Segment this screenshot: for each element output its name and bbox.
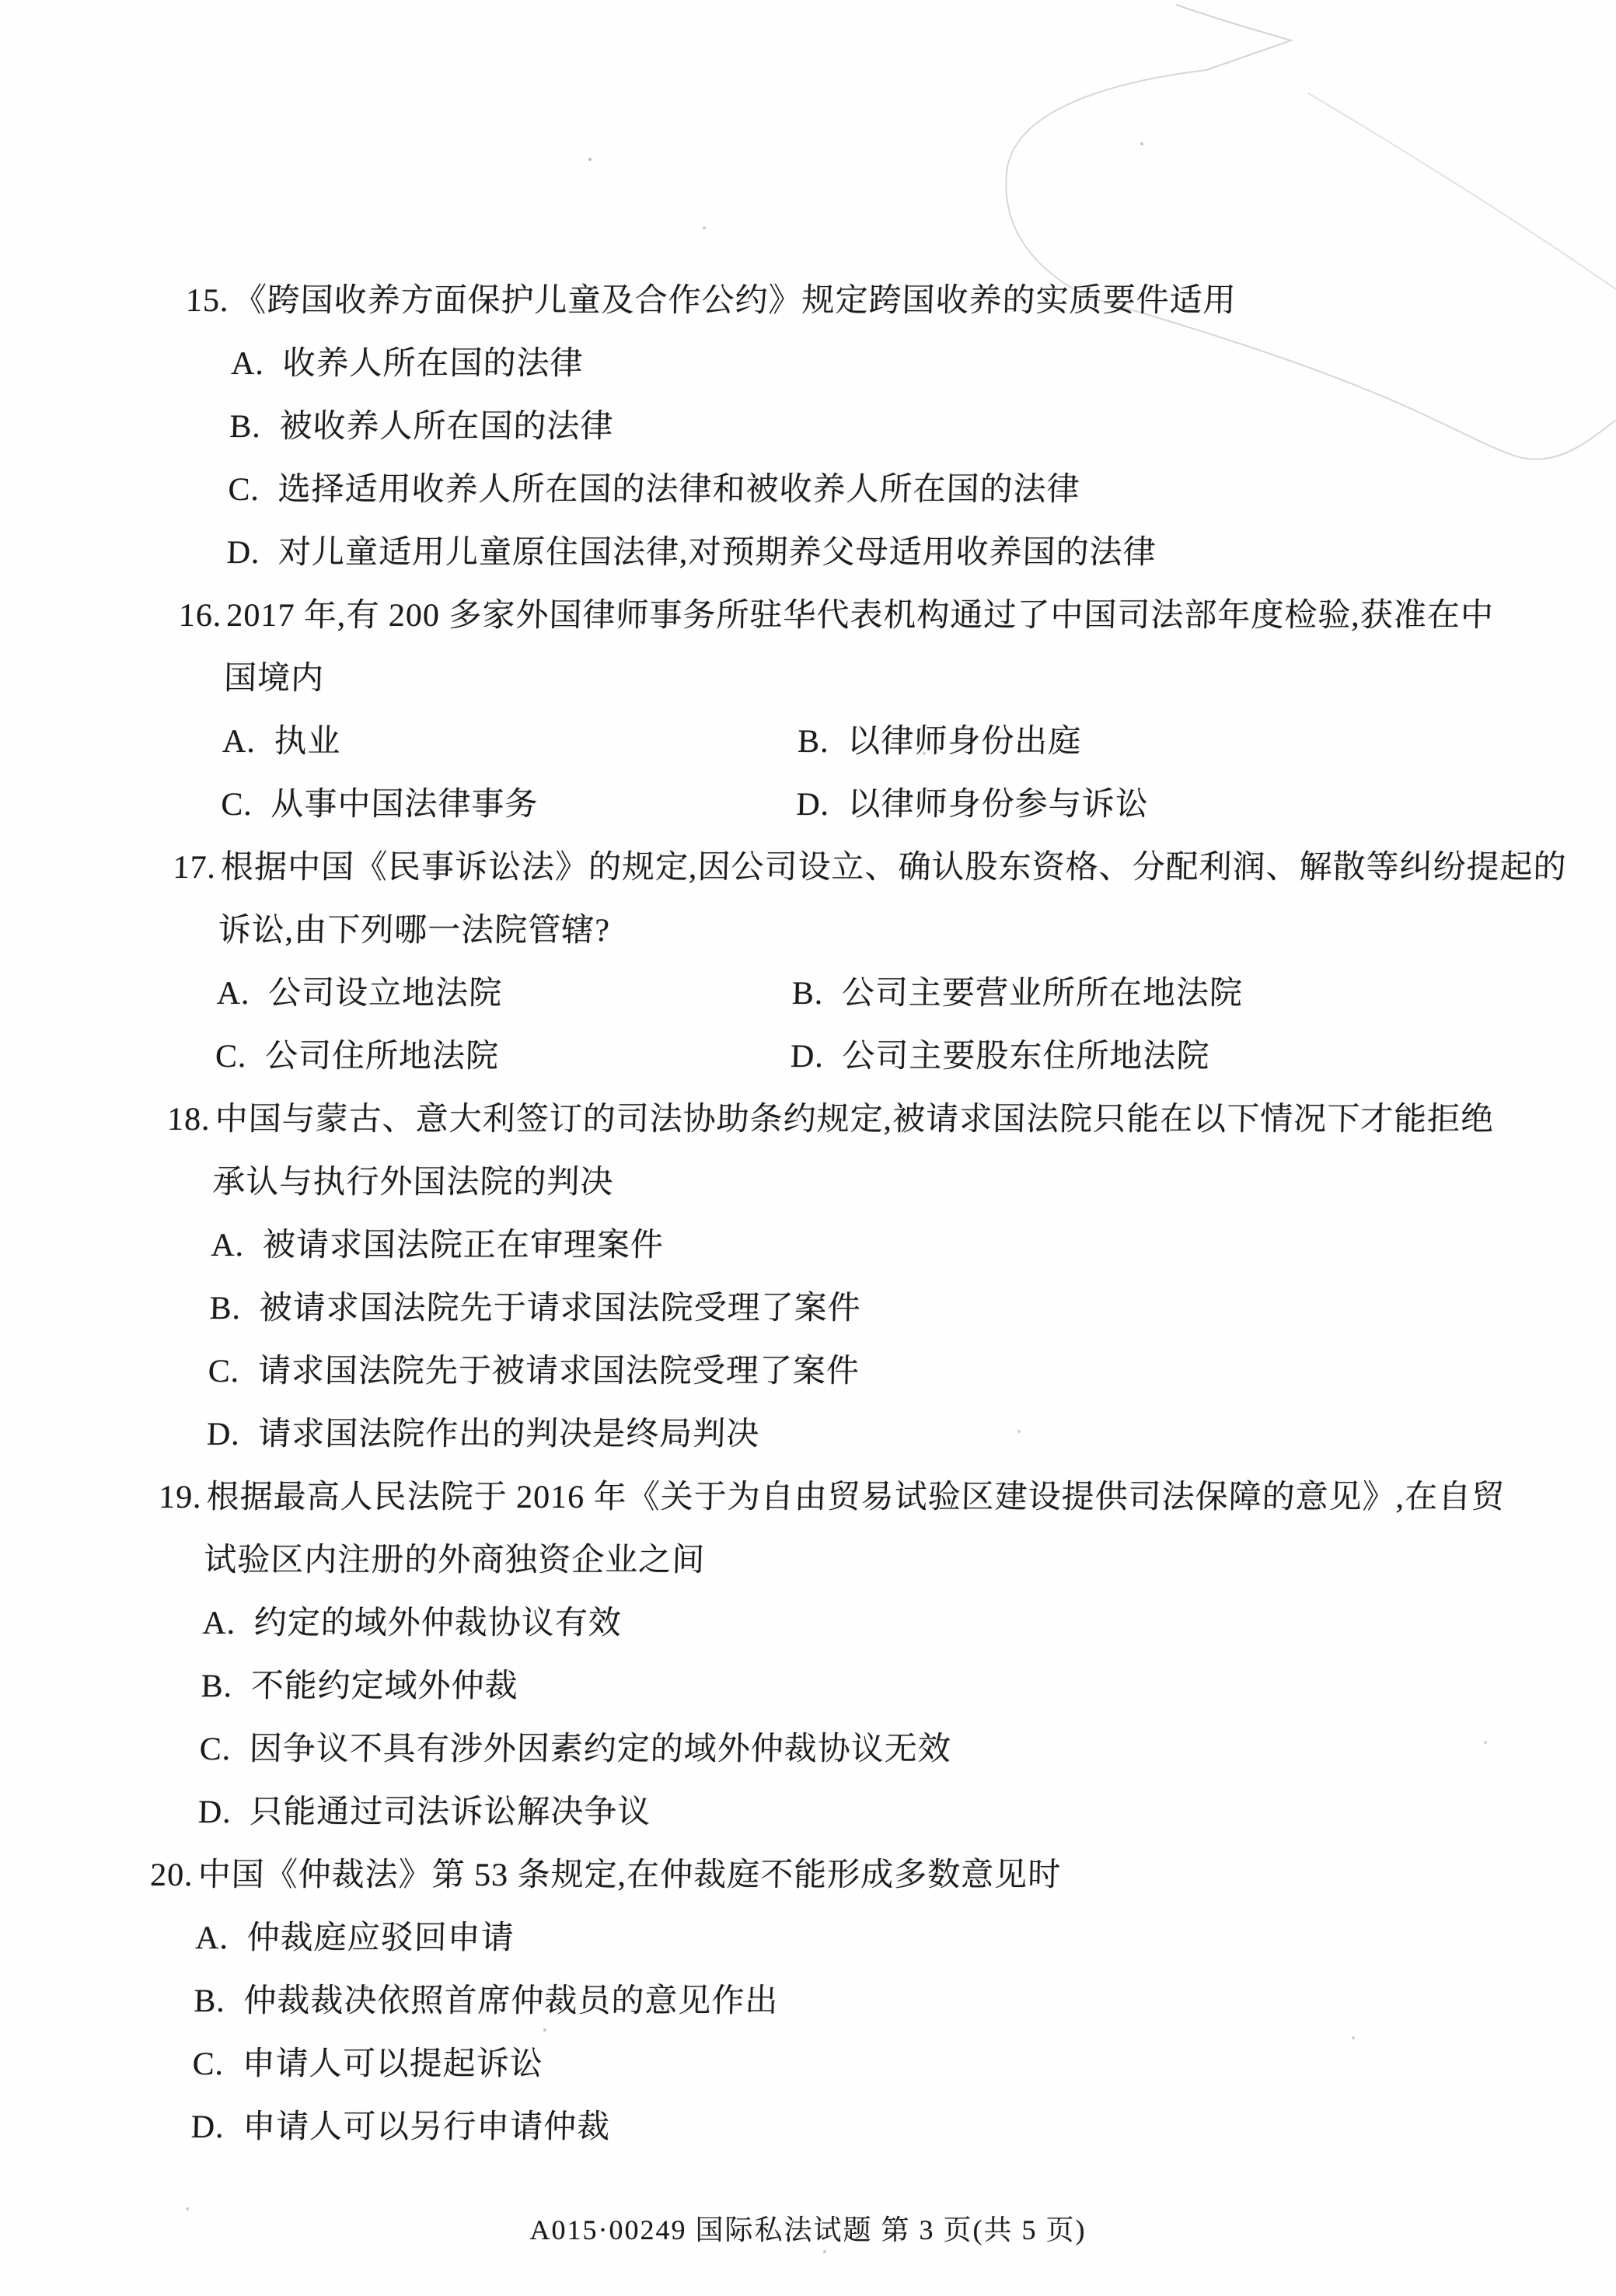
stem-text: 中国与蒙古、意大利签订的司法协助条约规定,被请求国法院只能在以下情况下才能拒绝 [215, 1102, 1495, 1138]
question: 16.2017 年,有 200 多家外国律师事务所驻华代表机构通过了中国司法部年… [173, 585, 1516, 837]
option-text: 公司住所地法院 [265, 1039, 500, 1075]
question-stem: 19.根据最高人民法院于 2016 年《关于为自由贸易试验区建设提供司法保障的意… [156, 1466, 1496, 1592]
option-label: A. [202, 1606, 246, 1641]
option-text: 从事中国法律事务 [270, 787, 539, 823]
answer-option: B. 被请求国法院先于请求国法院受理了案件 [209, 1277, 1501, 1340]
stem-line: 20.中国《仲裁法》第 53 条规定,在仲裁庭不能形成多数意见时 [196, 1844, 1488, 1907]
answer-option: B. 不能约定域外仲裁 [201, 1655, 1492, 1718]
stem-text: 诉讼,由下列哪一法院管辖? [218, 913, 610, 949]
question-options: A. 公司设立地法院 B. 公司主要营业所所在地法院 C. 公司住所地法院 D.… [215, 963, 1508, 1089]
option-text: 被收养人所在国的法律 [279, 409, 614, 445]
question: 17.根据中国《民事诉讼法》的规定,因公司设立、确认股东资格、分配利润、解散等纠… [168, 837, 1510, 1089]
question: 19.根据最高人民法院于 2016 年《关于为自由贸易试验区建设提供司法保障的意… [151, 1466, 1496, 1844]
stem-text: 国境内 [224, 661, 325, 697]
stem-line: 国境内 [223, 648, 1515, 711]
option-label: A. [195, 1920, 239, 1956]
footer-text: A015·00249 国际私法试题 第 3 页(共 5 页) [530, 2214, 1087, 2245]
answer-option: D. 只能通过司法诉讼解决争议 [197, 1781, 1489, 1844]
question-options: A. 被请求国法院正在审理案件 B. 被请求国法院先于请求国法院受理了案件 C.… [206, 1214, 1502, 1466]
option-label: C. [221, 787, 263, 823]
option-text: 仲裁庭应驳回申请 [246, 1920, 515, 1956]
option-text: 收养人所在国的法律 [282, 346, 584, 382]
option-text: 公司主要营业所所在地法院 [841, 976, 1243, 1012]
stem-line: 15.《跨国收养方面保护儿童及合作公约》规定跨国收养的实质要件适用 [232, 270, 1524, 333]
stem-text: 根据中国《民事诉讼法》的规定,因公司设立、确认股东资格、分配利润、解散等纠纷提起… [221, 850, 1568, 886]
option-text: 仲裁裁决依照首席仲裁员的意见作出 [243, 1983, 779, 2019]
option-text: 公司主要股东住所地法院 [842, 1039, 1210, 1075]
option-label: A. [216, 976, 260, 1012]
answer-option: C. 申请人可以提起诉讼 [192, 2033, 1484, 2096]
option-label: B. [229, 409, 271, 445]
answer-option: A. 约定的域外仲裁协议有效 [202, 1592, 1494, 1655]
answer-option: D. 申请人可以另行申请仲裁 [190, 2096, 1482, 2159]
page-footer: A015·00249 国际私法试题 第 3 页(共 5 页) [0, 2213, 1616, 2247]
answer-option: B. 被收养人所在国的法律 [229, 396, 1520, 459]
option-label: C. [228, 472, 270, 508]
answer-option: A. 执业 [222, 711, 798, 774]
stem-line: 17.根据中国《民事诉讼法》的规定,因公司设立、确认股东资格、分配利润、解散等纠… [219, 837, 1511, 900]
option-text: 被请求国法院正在审理案件 [262, 1228, 664, 1263]
option-label: D. [796, 787, 839, 823]
option-label: B. [194, 1983, 236, 2019]
answer-option: B. 仲裁裁决依照首席仲裁员的意见作出 [194, 1970, 1485, 2033]
crease-line-right-diagonal [1308, 93, 1616, 289]
answer-option: C. 从事中国法律事务 [220, 774, 797, 837]
question-number: 15. [185, 270, 234, 333]
question-stem: 18.中国与蒙古、意大利签订的司法协助条约规定,被请求国法院只能在以下情况下才能… [165, 1089, 1505, 1214]
option-text: 约定的域外仲裁协议有效 [253, 1606, 622, 1641]
option-label: B. [201, 1669, 243, 1704]
answer-option: C. 选择适用收养人所在国的法律和被收养人所在国的法律 [228, 459, 1520, 522]
stem-text: 试验区内注册的外商独资企业之间 [204, 1543, 706, 1578]
answer-option: C. 因争议不具有涉外因素约定的域外仲裁协议无效 [199, 1718, 1491, 1781]
scan-dust-specks [0, 0, 2, 2]
option-text: 被请求国法院先于请求国法院受理了案件 [259, 1291, 861, 1326]
option-text: 公司设立地法院 [268, 976, 503, 1012]
question-number: 18. [166, 1089, 215, 1151]
stem-text: 2017 年,有 200 多家外国律师事务所驻华代表机构通过了中国司法部年度检验… [226, 598, 1495, 634]
option-text: 选择适用收养人所在国的法律和被收养人所在国的法律 [277, 472, 1080, 508]
question: 15.《跨国收养方面保护儿童及合作公约》规定跨国收养的实质要件适用 A. 收养人… [180, 270, 1524, 585]
question-options: A. 收养人所在国的法律 B. 被收养人所在国的法律 C. 选择适用收养人所在国… [226, 333, 1522, 585]
question-stem: 15.《跨国收养方面保护儿童及合作公约》规定跨国收养的实质要件适用 [185, 270, 1524, 333]
answer-option: D. 以律师身份参与诉讼 [795, 774, 1512, 837]
answer-option: D. 公司主要股东住所地法院 [790, 1026, 1506, 1089]
option-label: D. [206, 1417, 250, 1452]
option-label: D. [791, 1039, 834, 1075]
stem-line: 19.根据最高人民法院于 2016 年《关于为自由贸易试验区建设提供司法保障的意… [204, 1466, 1496, 1529]
question-number: 17. [173, 837, 222, 900]
option-label: C. [215, 1039, 257, 1075]
question-stem: 17.根据中国《民事诉讼法》的规定,因公司设立、确认股东资格、分配利润、解散等纠… [171, 837, 1511, 963]
option-label: A. [222, 724, 266, 760]
answer-option: D. 请求国法院作出的判决是终局判决 [206, 1403, 1498, 1466]
answer-option: B. 以律师身份出庭 [797, 711, 1513, 774]
option-label: A. [211, 1228, 254, 1263]
option-text: 以律师身份出庭 [847, 724, 1082, 760]
answer-option: A. 收养人所在国的法律 [230, 333, 1522, 396]
option-label: D. [197, 1795, 241, 1830]
question-number: 20. [149, 1844, 198, 1907]
answer-option: C. 公司住所地法院 [215, 1026, 791, 1089]
option-text: 执业 [274, 724, 341, 760]
option-label: C. [199, 1732, 241, 1767]
option-label: B. [798, 724, 839, 760]
question-list: 15.《跨国收养方面保护儿童及合作公约》规定跨国收养的实质要件适用 A. 收养人… [144, 270, 1524, 2159]
answer-option: A. 被请求国法院正在审理案件 [211, 1214, 1503, 1277]
answer-option: A. 仲裁庭应驳回申请 [194, 1907, 1486, 1970]
crease-line-top-notch [1176, 5, 1291, 70]
question-options: A. 约定的域外仲裁协议有效 B. 不能约定域外仲裁 C. 因争议不具有涉外因素… [197, 1592, 1493, 1844]
stem-text: 根据最高人民法院于 2016 年《关于为自由贸易试验区建设提供司法保障的意见》,… [206, 1480, 1506, 1515]
option-label: B. [209, 1291, 251, 1326]
option-text: 请求国法院作出的判决是终局判决 [258, 1417, 760, 1452]
stem-line: 承认与执行外国法院的判决 [211, 1151, 1503, 1214]
option-text: 对儿童适用儿童原住国法律,对预期养父母适用收养国的法律 [278, 535, 1157, 571]
stem-line: 18.中国与蒙古、意大利签订的司法协助条约规定,被请求国法院只能在以下情况下才能… [213, 1089, 1505, 1151]
question-number: 19. [158, 1466, 207, 1529]
option-text: 申请人可以提起诉讼 [242, 2046, 543, 2082]
question: 20.中国《仲裁法》第 53 条规定,在仲裁庭不能形成多数意见时 A. 仲裁庭应… [144, 1844, 1488, 2159]
question-number: 16. [178, 585, 227, 648]
option-text: 请求国法院先于被请求国法院受理了案件 [257, 1354, 860, 1389]
question-stem: 16.2017 年,有 200 多家外国律师事务所驻华代表机构通过了中国司法部年… [176, 585, 1517, 711]
option-label: C. [192, 2046, 234, 2082]
answer-option: B. 公司主要营业所所在地法院 [791, 963, 1508, 1026]
stem-line: 16.2017 年,有 200 多家外国律师事务所驻华代表机构通过了中国司法部年… [225, 585, 1517, 648]
option-text: 只能通过司法诉讼解决争议 [250, 1795, 651, 1830]
stem-line: 试验区内注册的外商独资企业之间 [203, 1529, 1495, 1592]
question-options: A. 执业 B. 以律师身份出庭 C. 从事中国法律事务 D. 以律师身份参与诉… [220, 711, 1513, 837]
answer-option: D. 对儿童适用儿童原住国法律,对预期养父母适用收养国的法律 [226, 522, 1518, 585]
question: 18.中国与蒙古、意大利签订的司法协助条约规定,被请求国法院只能在以下情况下才能… [159, 1089, 1505, 1466]
stem-text: 《跨国收养方面保护儿童及合作公约》规定跨国收养的实质要件适用 [233, 283, 1237, 319]
stem-text: 中国《仲裁法》第 53 条规定,在仲裁庭不能形成多数意见时 [197, 1857, 1062, 1893]
option-text: 不能约定域外仲裁 [250, 1669, 518, 1704]
option-label: D. [190, 2109, 234, 2145]
option-label: A. [231, 346, 274, 382]
option-text: 申请人可以另行申请仲裁 [243, 2109, 611, 2145]
option-label: B. [791, 976, 833, 1012]
option-label: C. [208, 1354, 250, 1389]
stem-line: 诉讼,由下列哪一法院管辖? [218, 900, 1510, 963]
option-text: 以律师身份参与诉讼 [847, 787, 1149, 823]
question-options: A. 仲裁庭应驳回申请 B. 仲裁裁决依照首席仲裁员的意见作出 C. 申请人可以… [190, 1907, 1486, 2159]
exam-page-scan: 15.《跨国收养方面保护儿童及合作公约》规定跨国收养的实质要件适用 A. 收养人… [0, 0, 1616, 2296]
option-text: 因争议不具有涉外因素约定的域外仲裁协议无效 [249, 1732, 951, 1767]
answer-option: C. 请求国法院先于被请求国法院受理了案件 [208, 1340, 1499, 1403]
stem-text: 承认与执行外国法院的判决 [212, 1165, 614, 1200]
option-label: D. [226, 535, 270, 571]
answer-option: A. 公司设立地法院 [216, 963, 793, 1026]
question-stem: 20.中国《仲裁法》第 53 条规定,在仲裁庭不能形成多数意见时 [149, 1844, 1488, 1907]
